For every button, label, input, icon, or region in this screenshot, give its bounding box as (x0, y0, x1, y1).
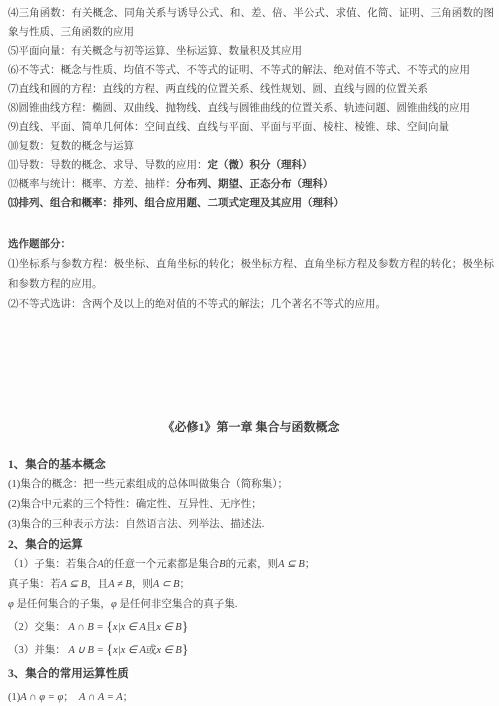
section-3-heading: 3、集合的常用运算性质 (8, 664, 494, 684)
basic-concept-line-1: (1)集合的概念：把一些元素组成的总体叫做集合（简称集）； (8, 475, 494, 495)
subset-line: （1）子集：若集合A的任意一个元素都是集合B的元素，则A ⊆ B； (8, 555, 494, 575)
section-basic-concepts: 1、集合的基本概念 (1)集合的概念：把一些元素组成的总体叫做集合（简称集）； … (8, 455, 494, 535)
chapter-title: 《必修1》第一章 集合与函数概念 (8, 417, 494, 437)
outline-item-7: ⑺直线和圆的方程：直线的方程、两直线的位置关系、线性规划、圆、直线与圆的位置关系 (8, 80, 494, 99)
outline-item-9: ⑼直线、平面、简单几何体：空间直线、直线与平面、平面与平面、棱柱、棱锥、球、空间… (8, 118, 494, 137)
section-set-operations: 2、集合的运算 （1）子集：若集合A的任意一个元素都是集合B的元素，则A ⊆ B… (8, 535, 494, 661)
elective-section: 选作题部分： ⑴坐标系与参数方程：极坐标、直角坐标的转化；极坐标方程、直角坐标方… (8, 235, 494, 315)
elective-heading: 选作题部分： (8, 235, 494, 255)
outline-item-11: ⑾导数：导数的概念、求导、导数的应用：定（微）积分（理科） (8, 156, 494, 175)
section-1-heading: 1、集合的基本概念 (8, 455, 494, 475)
property-line-1: (1)A ∩ φ = φ； A ∩ A = A； (8, 688, 494, 706)
outline-item-13: ⒀排列、组合和概率：排列、组合应用题、二项式定理及其应用（理科） (8, 194, 494, 213)
section-operation-properties: 3、集合的常用运算性质 (1)A ∩ φ = φ； A ∩ A = A； (8, 664, 494, 706)
outline-item-6: ⑹不等式：概念与性质、均值不等式、不等式的证明、不等式的解法、绝对值不等式、不等… (8, 61, 494, 80)
elective-item-1: ⑴坐标系与参数方程：极坐标、直角坐标的转化；极坐标方程、直角坐标方程及参数方程的… (8, 255, 494, 295)
proper-subset-line: 真子集：若A ⊆ B，且A ≠ B，则A ⊂ B； (8, 575, 494, 595)
intersection-formula: （2）交集： A ∩ B = {x|x ∈ A且x ∈ B} (8, 618, 494, 638)
basic-concept-line-3: (3)集合的三种表示方法：自然语言法、列举法、描述法. (8, 515, 494, 535)
outline-item-10: ⑽复数：复数的概念与运算 (8, 137, 494, 156)
document-page: ⑷三角函数：有关概念、同角关系与诱导公式、和、差、倍、半公式、求值、化简、证明、… (0, 0, 499, 706)
basic-concept-line-2: (2)集合中元素的三个特性：确定性、互异性、无序性； (8, 495, 494, 515)
union-formula: （3）并集： A ∪ B = {x|x ∈ A或x ∈ B} (8, 641, 494, 661)
outline-item-4: ⑷三角函数：有关概念、同角关系与诱导公式、和、差、倍、半公式、求值、化简、证明、… (8, 4, 494, 42)
empty-set-line: φ 是任何集合的子集，φ 是任何非空集合的真子集. (8, 595, 494, 615)
outline-item-5: ⑸平面向量：有关概念与初等运算、坐标运算、数量积及其应用 (8, 42, 494, 61)
outline-item-8: ⑻圆锥曲线方程：椭圆、双曲线、抛物线、直线与圆锥曲线的位置关系、轨迹问题、圆锥曲… (8, 99, 494, 118)
outline-item-12: ⑿概率与统计：概率、方差、抽样：分布列、期望、正态分布（理科） (8, 175, 494, 194)
elective-item-2: ⑵不等式选讲：含两个及以上的绝对值的不等式的解法；几个著名不等式的应用。 (8, 295, 494, 315)
section-2-heading: 2、集合的运算 (8, 535, 494, 555)
